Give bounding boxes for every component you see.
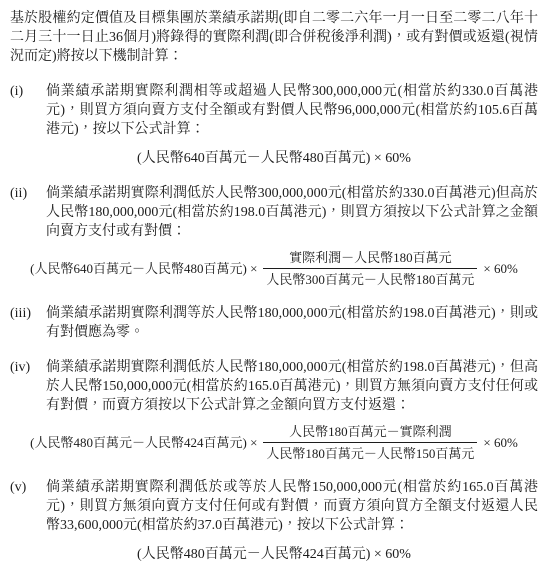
formula-right: × 60% xyxy=(483,434,517,451)
formula-ii: (人民幣640百萬元－人民幣480百萬元) × 實際利潤－人民幣180百萬元 人… xyxy=(10,249,538,288)
list-item-iv: (iv) 倘業績承諾期實際利潤低於人民幣180,000,000元(相當於約198… xyxy=(10,358,538,415)
list-item-v: (v) 倘業績承諾期實際利潤低於或等於人民幣150,000,000元(相當於約1… xyxy=(10,478,538,535)
formula-v: (人民幣480百萬元－人民幣424百萬元) × 60% xyxy=(10,545,538,564)
item-text: 倘業績承諾期實際利潤低於人民幣300,000,000元(相當於約330.0百萬港… xyxy=(46,184,538,241)
list-item-iii: (iii) 倘業績承諾期實際利潤等於人民幣180,000,000元(相當於約19… xyxy=(10,304,538,342)
formula-left: (人民幣480百萬元－人民幣424百萬元) × xyxy=(30,434,257,451)
document-page: 基於股權約定價值及目標集團於業績承諾期(即自二零二六年一月一日至二零二八年十二月… xyxy=(0,0,550,564)
item-label: (i) xyxy=(10,82,46,139)
item-label: (iv) xyxy=(10,358,46,415)
formula-i: (人民幣640百萬元－人民幣480百萬元) × 60% xyxy=(10,149,538,168)
item-text: 倘業績承諾期實際利潤低於或等於人民幣150,000,000元(相當於約165.0… xyxy=(46,478,538,535)
item-label: (v) xyxy=(10,478,46,535)
intro-paragraph: 基於股權約定價值及目標集團於業績承諾期(即自二零二六年一月一日至二零二八年十二月… xyxy=(10,9,538,66)
fraction: 實際利潤－人民幣180百萬元 人民幣300百萬元－人民幣180百萬元 xyxy=(263,249,477,288)
formula-iv: (人民幣480百萬元－人民幣424百萬元) × 人民幣180百萬元－實際利潤 人… xyxy=(10,423,538,462)
list-item-i: (i) 倘業績承諾期實際利潤相等或超過人民幣300,000,000元(相當於約3… xyxy=(10,82,538,139)
list-item-ii: (ii) 倘業績承諾期實際利潤低於人民幣300,000,000元(相當於約330… xyxy=(10,184,538,241)
item-text: 倘業績承諾期實際利潤相等或超過人民幣300,000,000元(相當於約330.0… xyxy=(46,82,538,139)
item-label: (ii) xyxy=(10,184,46,241)
item-text: 倘業績承諾期實際利潤低於人民幣180,000,000元(相當於約198.0百萬港… xyxy=(46,358,538,415)
fraction: 人民幣180百萬元－實際利潤 人民幣180百萬元－人民幣150百萬元 xyxy=(263,423,477,462)
formula-left: (人民幣640百萬元－人民幣480百萬元) × xyxy=(30,260,257,277)
formula-right: × 60% xyxy=(483,260,517,277)
fraction-numerator: 人民幣180百萬元－實際利潤 xyxy=(263,423,477,443)
fraction-denominator: 人民幣300百萬元－人民幣180百萬元 xyxy=(263,269,477,288)
fraction-denominator: 人民幣180百萬元－人民幣150百萬元 xyxy=(263,443,477,462)
item-label: (iii) xyxy=(10,304,46,342)
fraction-numerator: 實際利潤－人民幣180百萬元 xyxy=(263,249,477,269)
item-text: 倘業績承諾期實際利潤等於人民幣180,000,000元(相當於約198.0百萬港… xyxy=(46,304,538,342)
